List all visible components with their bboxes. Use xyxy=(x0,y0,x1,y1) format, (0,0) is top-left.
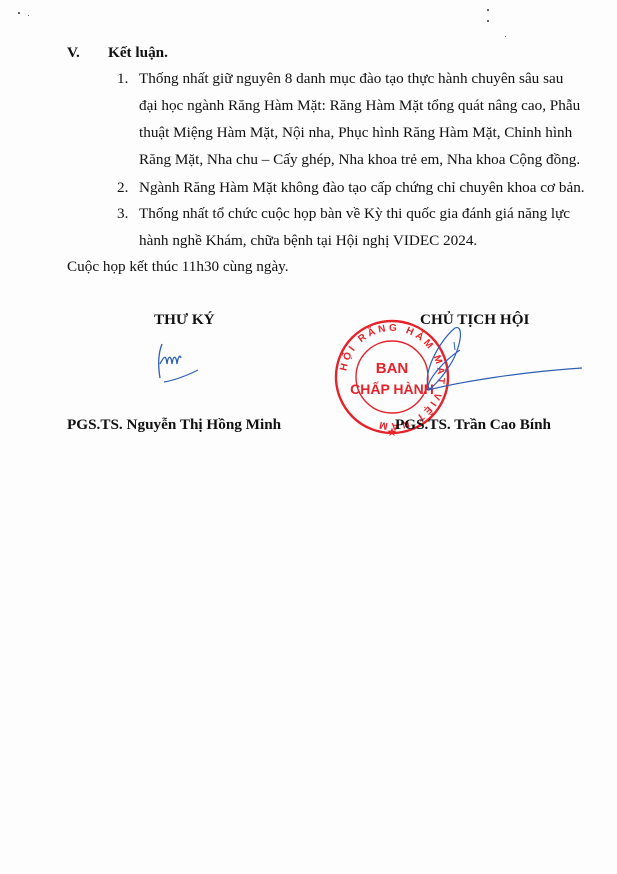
secretary-name: PGS.TS. Nguyễn Thị Hồng Minh xyxy=(67,416,281,434)
section-title: Kết luận. xyxy=(108,44,168,62)
scan-speck xyxy=(18,12,20,14)
item-text-line: đại học ngành Răng Hàm Mặt: Răng Hàm Mặt… xyxy=(139,97,580,115)
item-text-line: Ngành Răng Hàm Mặt không đào tạo cấp chứ… xyxy=(139,179,585,197)
closing-statement: Cuộc họp kết thúc 11h30 cùng ngày. xyxy=(67,258,289,276)
item-text-line: Thống nhất giữ nguyên 8 danh mục đào tạo… xyxy=(139,70,563,88)
scan-speck xyxy=(28,15,29,16)
scan-speck xyxy=(505,36,506,37)
section-number: V. xyxy=(67,44,80,62)
item-number: 3. xyxy=(117,205,128,223)
item-number: 2. xyxy=(117,179,128,197)
item-text-line: Răng Mặt, Nha chu – Cấy ghép, Nha khoa t… xyxy=(139,151,580,169)
secretary-title: THƯ KÝ xyxy=(154,311,215,329)
scan-speck xyxy=(487,20,489,22)
secretary-signature-icon xyxy=(150,340,210,385)
chairman-name: PGS.TS. Trần Cao Bính xyxy=(395,416,551,434)
item-text-line: thuật Miệng Hàm Mặt, Nội nha, Phục hình … xyxy=(139,124,572,142)
item-text-line: Thống nhất tổ chức cuộc họp bàn về Kỳ th… xyxy=(139,205,570,223)
item-text-line: hành nghề Khám, chữa bệnh tại Hội nghị V… xyxy=(139,232,477,250)
scan-speck xyxy=(487,9,489,11)
chairman-signature-icon xyxy=(370,320,590,410)
item-number: 1. xyxy=(117,70,128,88)
